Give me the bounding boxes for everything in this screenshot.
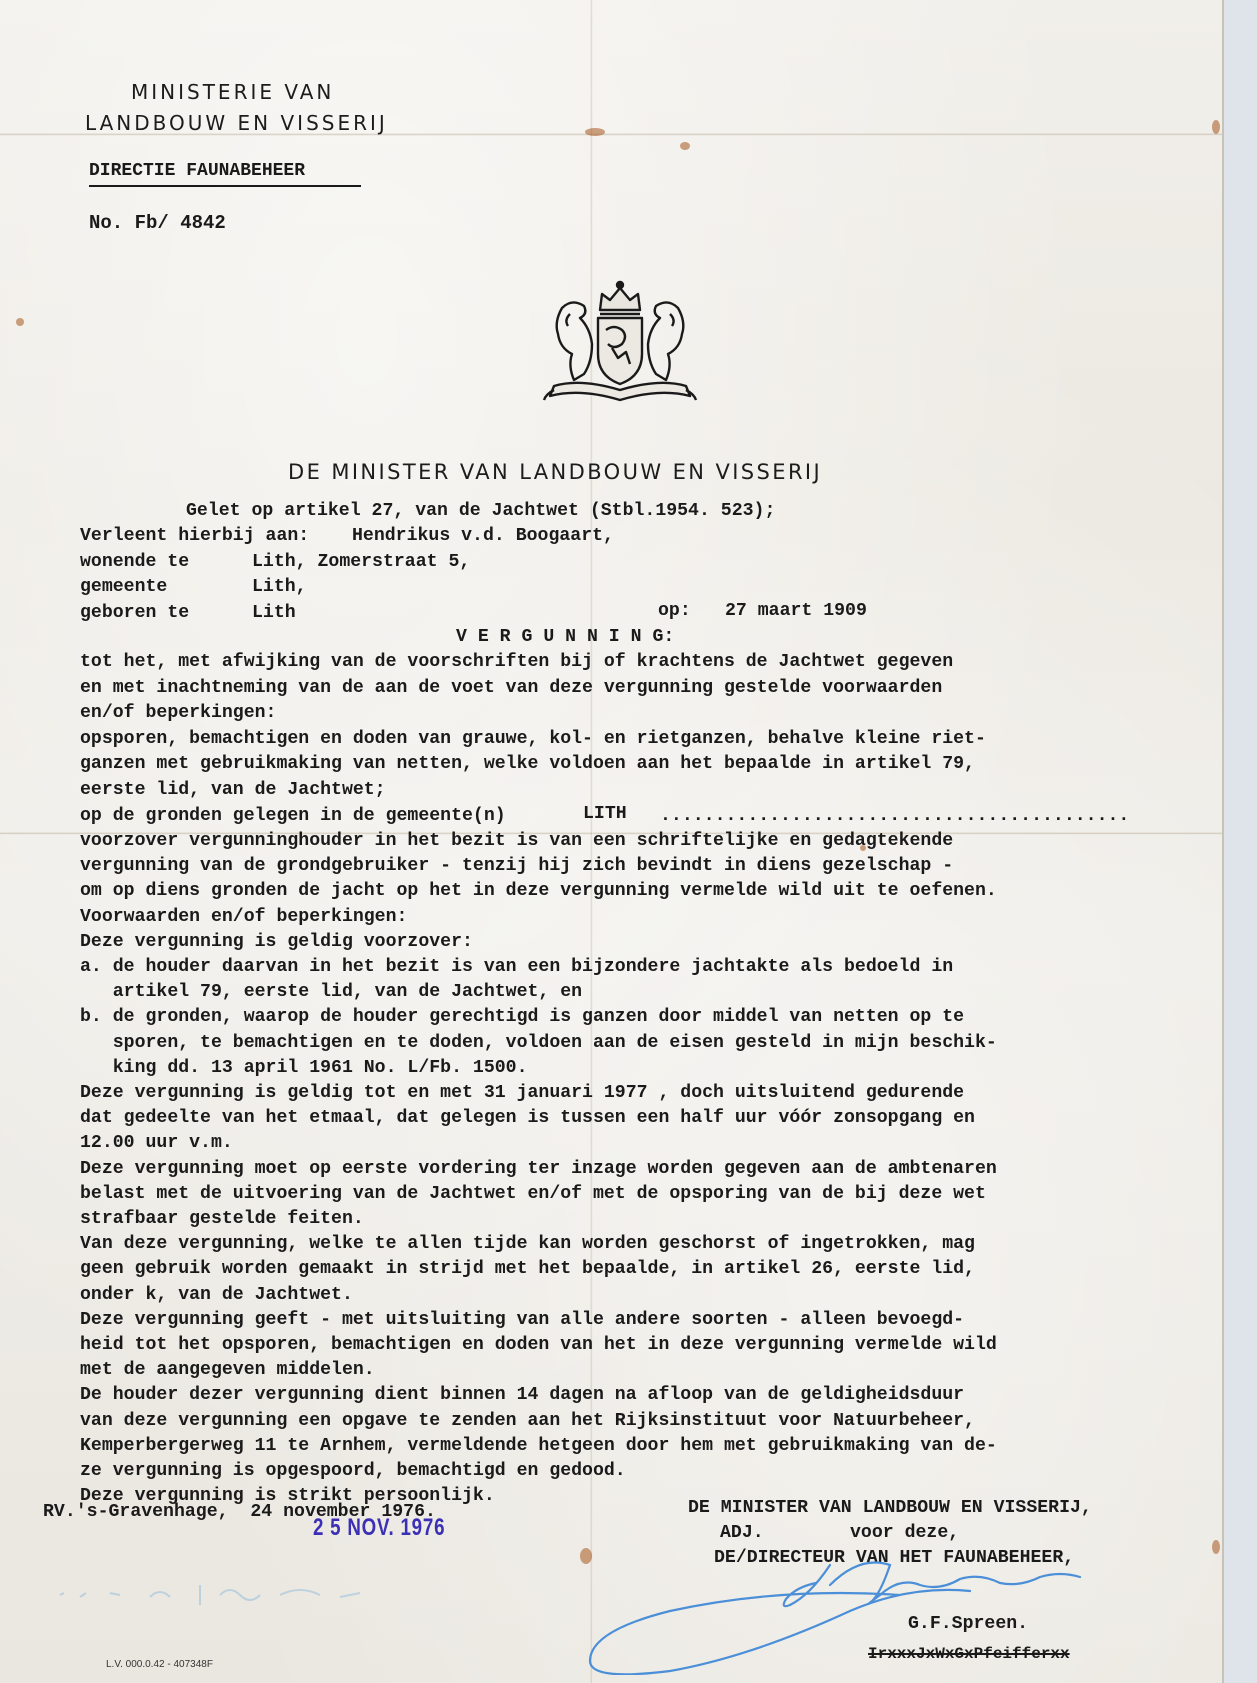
grounds-label: op de gronden gelegen in de gemeente(n) <box>80 804 506 829</box>
text-line: dat gedeelte van het etmaal, dat gelegen… <box>80 1106 975 1131</box>
form-code: L.V. 000.0.42 - 407348F <box>106 1659 213 1670</box>
text-line: ganzen met gebruikmaking van netten, wel… <box>80 752 975 777</box>
text-line: king dd. 13 april 1961 No. L/Fb. 1500. <box>80 1056 528 1081</box>
text-line: Deze vergunning geeft - met uitsluiting … <box>80 1308 964 1333</box>
text-line: ze vergunning is opgespoord, bemachtigd … <box>80 1459 626 1484</box>
municipality-label: gemeente <box>80 575 167 600</box>
rust-stain <box>580 1548 592 1564</box>
rust-stain <box>1212 120 1220 134</box>
birthdate-label: op: <box>658 599 691 624</box>
text-line: Kemperbergerweg 11 te Arnhem, vermeldend… <box>80 1434 997 1459</box>
text-line: en/of beperkingen: <box>80 701 276 726</box>
text-line: met de aangegeven middelen. <box>80 1358 375 1383</box>
residence-label: wonende te <box>80 550 189 575</box>
text-line: eerste lid, van de Jachtwet; <box>80 778 386 803</box>
permit-heading: V E R G U N N I N G: <box>456 625 674 650</box>
text-line: artikel 79, eerste lid, van de Jachtwet,… <box>80 980 582 1005</box>
text-line: heid tot het opsporen, bemachtigen en do… <box>80 1333 997 1358</box>
text-line: onder k, van de Jachtwet. <box>80 1283 353 1308</box>
text-line: belast met de uitvoering van de Jachtwet… <box>80 1182 986 1207</box>
ministry-name-line1: MINISTERIE VAN <box>131 80 334 104</box>
document-page: MINISTERIE VAN LANDBOUW EN VISSERIJ DIRE… <box>0 0 1224 1683</box>
coat-of-arms-icon <box>540 278 700 406</box>
granted-label: Verleent hierbij aan: <box>80 524 309 549</box>
text-line: geen gebruik worden gemaakt in strijd me… <box>80 1257 975 1282</box>
text-line: vergunning van de grondgebruiker - tenzi… <box>80 854 953 879</box>
text-line: Deze vergunning moet op eerste vordering… <box>80 1157 997 1182</box>
text-line: voorzover vergunninghouder in het bezit … <box>80 829 953 854</box>
text-line: tot het, met afwijking van de voorschrif… <box>80 650 953 675</box>
received-date-stamp: 2 5 NOV. 1976 <box>313 1514 445 1542</box>
rust-stain <box>680 142 690 150</box>
signatory-title: DE MINISTER VAN LANDBOUW EN VISSERIJ, <box>688 1496 1092 1521</box>
department-underline <box>89 185 361 187</box>
signatory-adj: ADJ. <box>720 1521 764 1546</box>
text-line: opsporen, bemachtigen en doden van grauw… <box>80 727 986 752</box>
signer-name: G.F.Spreen. <box>908 1612 1028 1637</box>
document-number: No. Fb/ 4842 <box>89 212 226 234</box>
text-line: Voorwaarden en/of beperkingen: <box>80 905 407 930</box>
grounds-municipality: LITH <box>583 802 627 827</box>
text-line: Van deze vergunning, welke te allen tijd… <box>80 1232 975 1257</box>
grounds-dotted-line: ........................................… <box>660 804 1129 829</box>
preamble: Gelet op artikel 27, van de Jachtwet (St… <box>186 499 775 524</box>
signatory-director: DE/DIRECTEUR VAN HET FAUNABEHEER, <box>714 1546 1074 1571</box>
text-line: en met inachtneming van de aan de voet v… <box>80 676 942 701</box>
holder-name: Hendrikus v.d. Boogaart, <box>352 524 614 549</box>
text-line: Deze vergunning is geldig tot en met 31 … <box>80 1081 964 1106</box>
holder-residence: Lith, Zomerstraat 5, <box>252 550 470 575</box>
text-line: strafbaar gestelde feiten. <box>80 1207 364 1232</box>
holder-birthplace: Lith <box>252 601 296 626</box>
text-line: 12.00 uur v.m. <box>80 1131 233 1156</box>
struck-out-name: IrxxxJxWxGxPfeifferxx <box>868 1642 1070 1667</box>
signatory-on-behalf: voor deze, <box>850 1521 959 1546</box>
text-line: sporen, te bemachtigen en te doden, vold… <box>80 1031 997 1056</box>
rust-stain <box>1212 1540 1220 1554</box>
birthplace-label: geboren te <box>80 601 189 626</box>
faded-ink-marks <box>50 1575 470 1615</box>
text-line: van deze vergunning een opgave te zenden… <box>80 1409 975 1434</box>
text-line: b. de gronden, waarop de houder gerechti… <box>80 1005 964 1030</box>
text-line: a. de houder daarvan in het bezit is van… <box>80 955 953 980</box>
text-line: De houder dezer vergunning dient binnen … <box>80 1383 964 1408</box>
holder-municipality: Lith, <box>252 575 307 600</box>
text-line: om op diens gronden de jacht op het in d… <box>80 879 997 904</box>
holder-birthdate: 27 maart 1909 <box>725 599 867 624</box>
department-name: DIRECTIE FAUNABEHEER <box>89 161 305 181</box>
rust-stain <box>16 318 24 326</box>
issuer-heading: DE MINISTER VAN LANDBOUW EN VISSERIJ <box>288 460 822 484</box>
text-line: Deze vergunning is geldig voorzover: <box>80 930 473 955</box>
rust-stain <box>585 128 605 136</box>
ministry-name-line2: LANDBOUW EN VISSERIJ <box>85 111 388 135</box>
